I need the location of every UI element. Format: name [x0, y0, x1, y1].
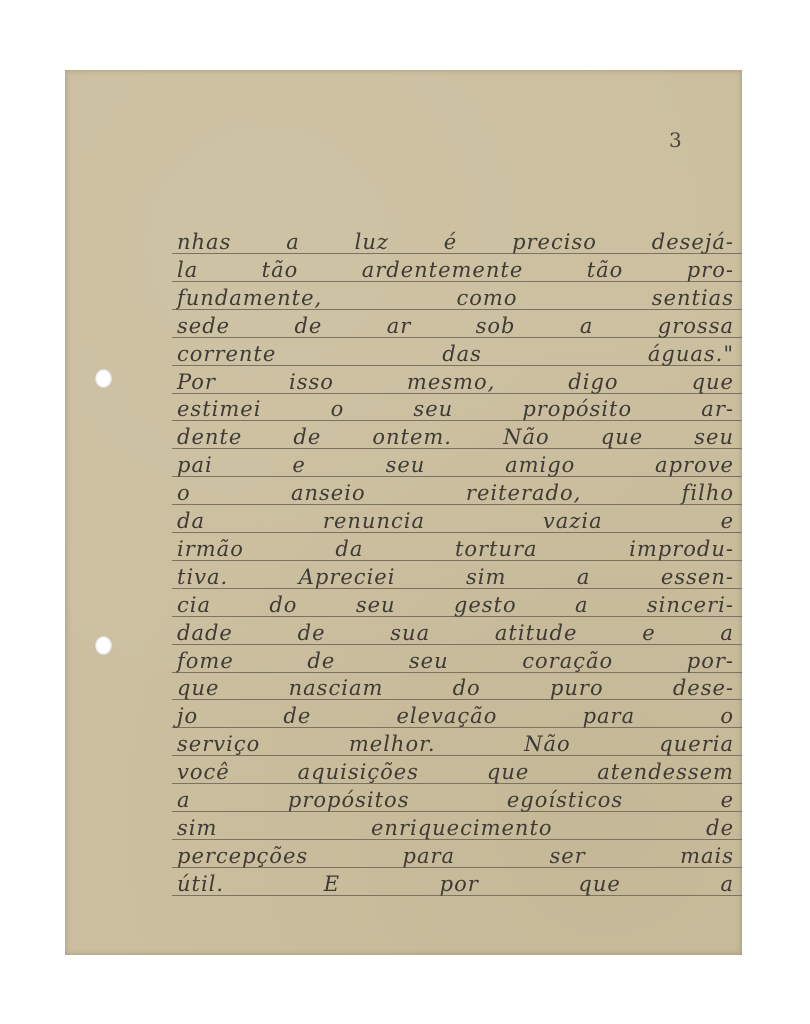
- handwritten-word: irmão: [177, 539, 244, 562]
- handwritten-line: latãoardentementetãopro-: [177, 255, 734, 283]
- handwritten-line: serviçomelhor.Nãoqueria: [177, 729, 734, 757]
- handwritten-word: e: [292, 455, 305, 478]
- handwritten-word: preciso: [512, 232, 597, 255]
- handwritten-word: é: [444, 232, 457, 255]
- handwritten-word: isso: [289, 372, 334, 395]
- handwritten-word: a: [580, 316, 594, 339]
- handwritten-line: percepçõesparasermais: [177, 841, 734, 869]
- handwritten-word: da: [335, 539, 363, 562]
- handwritten-word: essen-: [661, 567, 734, 590]
- handwritten-word: e: [721, 511, 734, 534]
- handwritten-word: sob: [476, 316, 516, 339]
- handwritten-word: por-: [687, 651, 734, 674]
- handwritten-word: dese-: [673, 678, 734, 701]
- handwritten-word: a: [720, 623, 734, 646]
- handwritten-word: sentias: [652, 288, 734, 311]
- handwritten-word: de: [293, 427, 321, 450]
- handwritten-word: para: [403, 846, 456, 869]
- handwritten-word: sim: [466, 567, 506, 590]
- handwritten-word: queria: [659, 734, 734, 757]
- handwritten-line: fundamente,comosentias: [177, 283, 734, 311]
- handwritten-line: quenasciamdopurodese-: [177, 673, 734, 701]
- handwritten-word: seu: [409, 651, 449, 674]
- handwritten-word: renuncia: [323, 511, 425, 534]
- handwritten-word: de: [298, 623, 326, 646]
- handwritten-line: jodeelevaçãoparao: [177, 701, 734, 729]
- handwritten-word: aprove: [655, 455, 734, 478]
- handwritten-word: sinceri-: [647, 595, 734, 618]
- handwritten-word: que: [601, 427, 643, 450]
- handwritten-word: tiva.: [177, 567, 228, 590]
- handwritten-word: grossa: [658, 316, 734, 339]
- handwritten-word: puro: [550, 678, 604, 701]
- handwritten-word: o: [720, 706, 734, 729]
- handwritten-line: apropósitosegoísticose: [177, 785, 734, 813]
- handwritten-word: sua: [390, 623, 430, 646]
- handwritten-word: do: [453, 678, 481, 701]
- handwritten-line: fomedeseucoraçãopor-: [177, 646, 734, 674]
- handwritten-word: ontem.: [372, 427, 452, 450]
- handwritten-word: que: [487, 762, 529, 785]
- handwritten-word: de: [706, 818, 734, 841]
- handwritten-word: o: [177, 483, 191, 506]
- handwritten-word: coração: [522, 651, 613, 674]
- handwritten-word: seu: [386, 455, 426, 478]
- handwritten-word: mais: [680, 846, 734, 869]
- handwritten-word: você: [177, 762, 230, 785]
- handwritten-word: e: [642, 623, 655, 646]
- handwritten-word: de: [294, 316, 322, 339]
- handwritten-word: corrente: [177, 344, 276, 367]
- handwritten-word: pai: [177, 455, 213, 478]
- handwritten-word: reiterado,: [466, 483, 581, 506]
- handwritten-word: Não: [524, 734, 571, 757]
- handwritten-word: útil.: [177, 874, 224, 897]
- handwritten-word: a: [177, 790, 191, 813]
- handwritten-word: elevação: [396, 706, 497, 729]
- handwritten-word: estimei: [177, 399, 261, 422]
- handwritten-word: de: [307, 651, 335, 674]
- handwritten-word: sim: [177, 818, 217, 841]
- handwritten-word: aquisições: [298, 762, 419, 785]
- handwritten-line: ciadoseugestoasinceri-: [177, 590, 734, 618]
- handwritten-word: ser: [549, 846, 585, 869]
- handwritten-word: E: [324, 874, 340, 897]
- handwritten-word: Não: [503, 427, 550, 450]
- handwritten-word: atitude: [495, 623, 578, 646]
- handwritten-word: improdu-: [629, 539, 734, 562]
- handwritten-word: percepções: [177, 846, 308, 869]
- handwritten-word: para: [583, 706, 636, 729]
- handwritten-word: nhas: [177, 232, 231, 255]
- page-number: 3: [669, 128, 682, 152]
- handwritten-line: dentedeontem.Nãoqueseu: [177, 422, 734, 450]
- handwritten-line: vocêaquisiçõesqueatendessem: [177, 757, 734, 785]
- handwritten-word: propósitos: [288, 790, 410, 813]
- handwritten-line: tiva.Aprecieisimaessen-: [177, 562, 734, 590]
- handwritten-word: que: [578, 874, 620, 897]
- handwritten-word: a: [286, 232, 300, 255]
- handwritten-word: nasciam: [289, 678, 384, 701]
- handwritten-word: o: [331, 399, 345, 422]
- handwritten-word: serviço: [177, 734, 260, 757]
- handwritten-word: pro-: [687, 260, 734, 283]
- handwritten-word: das: [442, 344, 482, 367]
- manuscript-page: 3 nhasaluzéprecisodesejá-latãoardentemen…: [65, 70, 742, 955]
- handwritten-word: egoísticos: [507, 790, 623, 813]
- handwritten-word: melhor.: [349, 734, 436, 757]
- handwritten-word: ar: [387, 316, 412, 339]
- handwritten-word: dente: [177, 427, 242, 450]
- handwritten-word: que: [692, 372, 734, 395]
- punch-hole-top: [95, 369, 112, 388]
- handwritten-word: de: [283, 706, 311, 729]
- handwritten-line: Porissomesmo,digoque: [177, 367, 734, 395]
- handwritten-line: correntedaságuas.": [177, 339, 734, 367]
- handwritten-word: ardentemente: [362, 260, 524, 283]
- handwritten-word: a: [720, 874, 734, 897]
- handwritten-word: luz: [355, 232, 389, 255]
- handwritten-word: a: [577, 567, 591, 590]
- handwritten-word: seu: [356, 595, 396, 618]
- handwritten-word: dade: [177, 623, 233, 646]
- handwritten-word: desejá-: [652, 232, 734, 255]
- handwritten-word: sede: [177, 316, 230, 339]
- handwritten-word: e: [721, 790, 734, 813]
- handwritten-word: que: [177, 678, 219, 701]
- handwritten-word: seu: [413, 399, 453, 422]
- handwritten-word: amigo: [505, 455, 575, 478]
- handwritten-word: seu: [694, 427, 734, 450]
- handwritten-word: la: [177, 260, 198, 283]
- handwritten-line: útil.Eporquea: [177, 869, 734, 897]
- handwritten-word: fundamente,: [177, 288, 322, 311]
- handwritten-line: oanseioreiterado,filho: [177, 478, 734, 506]
- handwritten-word: tortura: [455, 539, 538, 562]
- handwritten-word: anseio: [291, 483, 366, 506]
- handwritten-word: fome: [177, 651, 234, 674]
- handwritten-line: simenriquecimentode: [177, 813, 734, 841]
- handwritten-word: enriquecimento: [371, 818, 553, 841]
- handwritten-word: tão: [587, 260, 624, 283]
- handwritten-word: ar-: [701, 399, 734, 422]
- handwritten-word: a: [575, 595, 589, 618]
- handwritten-word: jo: [177, 706, 198, 729]
- handwritten-word: por: [440, 874, 479, 897]
- handwritten-line: darenunciavaziae: [177, 506, 734, 534]
- handwritten-word: da: [177, 511, 205, 534]
- handwritten-word: tão: [262, 260, 299, 283]
- handwritten-line: dadedesuaatitudeea: [177, 618, 734, 646]
- handwritten-word: atendessem: [597, 762, 734, 785]
- handwritten-word: filho: [682, 483, 734, 506]
- handwritten-word: propósito: [522, 399, 632, 422]
- punch-hole-bottom: [95, 636, 112, 655]
- handwritten-word: do: [269, 595, 297, 618]
- handwritten-line: irmãodatorturaimprodu-: [177, 534, 734, 562]
- handwritten-word: como: [457, 288, 518, 311]
- handwritten-word: digo: [568, 372, 618, 395]
- handwritten-word: Apreciei: [299, 567, 396, 590]
- handwritten-line: sededearsobagrossa: [177, 311, 734, 339]
- handwritten-word: águas.": [648, 344, 734, 367]
- handwritten-word: gesto: [454, 595, 517, 618]
- handwritten-word: Por: [177, 372, 216, 395]
- handwritten-line: paieseuamigoaprove: [177, 450, 734, 478]
- handwritten-line: nhasaluzéprecisodesejá-: [177, 227, 734, 255]
- handwritten-line: estimeioseupropósitoar-: [177, 394, 734, 422]
- handwritten-word: mesmo,: [407, 372, 495, 395]
- handwritten-word: cia: [177, 595, 211, 618]
- handwritten-word: vazia: [543, 511, 603, 534]
